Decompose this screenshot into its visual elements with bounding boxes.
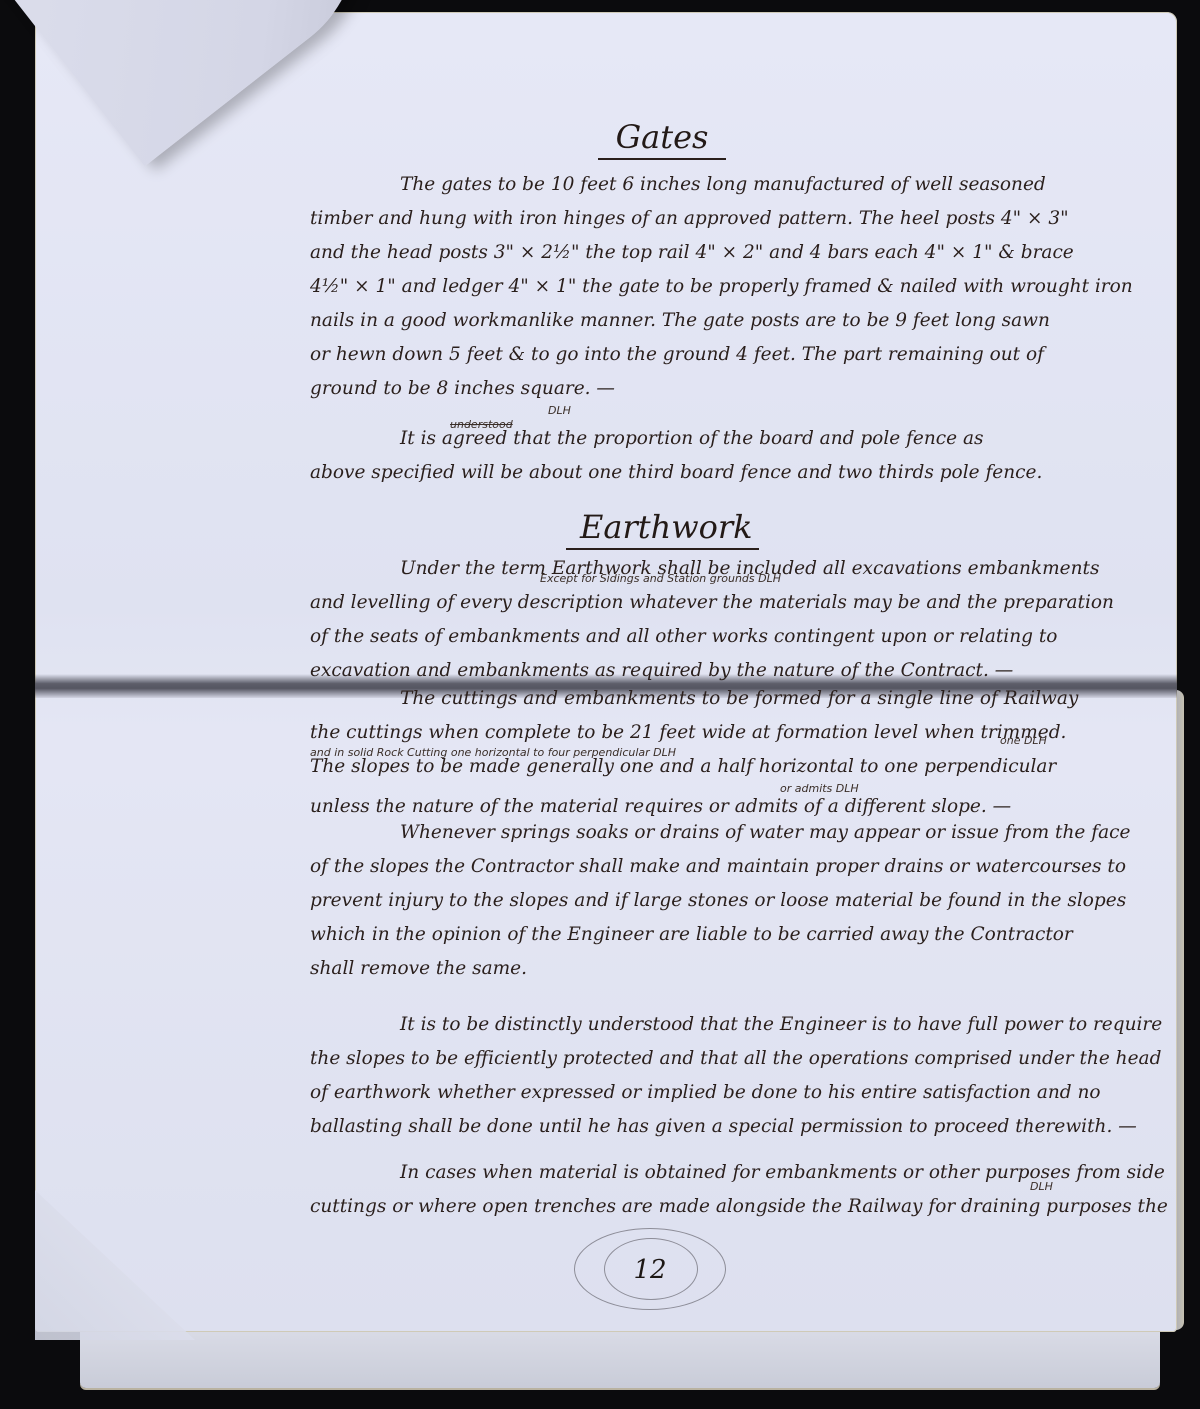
text-line: of the seats of embankments and all othe… [310, 620, 1170, 654]
interlinear-initials: DLH [548, 404, 571, 417]
text-line: ballasting shall be done until he has gi… [310, 1110, 1170, 1144]
earthwork-paragraph-4: It is to be distinctly understood that t… [310, 1008, 1170, 1144]
text-line: The cuttings and embankments to be forme… [310, 682, 1170, 716]
text-line: Whenever springs soaks or drains of wate… [310, 816, 1170, 850]
text-line: the slopes to be efficiently protected a… [310, 1042, 1170, 1076]
interlinear-insertion: and in solid Rock Cutting one horizontal… [310, 746, 676, 759]
gates-paragraph-1: The gates to be 10 feet 6 inches long ma… [310, 168, 1170, 406]
text-line: above specified will be about one third … [310, 456, 1170, 490]
page-number: 12 [625, 1255, 675, 1285]
section-heading-earthwork: Earthwork [566, 508, 759, 550]
marginal-note: DLH [1030, 1180, 1053, 1193]
underlying-pages-bottom [80, 1330, 1160, 1388]
marginal-note: or admits DLH [780, 782, 859, 795]
marginal-note: one DLH [1000, 734, 1047, 747]
text-line: prevent injury to the slopes and if larg… [310, 884, 1170, 918]
text-line: of earthwork whether expressed or implie… [310, 1076, 1170, 1110]
text-line: of the slopes the Contractor shall make … [310, 850, 1170, 884]
text-line: which in the opinion of the Engineer are… [310, 918, 1170, 952]
text-line: timber and hung with iron hinges of an a… [310, 202, 1170, 236]
text-line: It is to be distinctly understood that t… [310, 1008, 1170, 1042]
text-line: and levelling of every description whate… [310, 586, 1170, 620]
text-line: or hewn down 5 feet & to go into the gro… [310, 338, 1170, 372]
text-line: and the head posts 3" × 2½" the top rail… [310, 236, 1170, 270]
gates-paragraph-2: It is agreed that the proportion of the … [310, 422, 1170, 490]
text-line: The gates to be 10 feet 6 inches long ma… [310, 168, 1170, 202]
text-line: nails in a good workmanlike manner. The … [310, 304, 1170, 338]
text-line: shall remove the same. [310, 952, 1170, 986]
earthwork-paragraph-1: Under the term Earthwork shall be includ… [310, 552, 1170, 688]
text-line: 4½" × 1" and ledger 4" × 1" the gate to … [310, 270, 1170, 304]
earthwork-paragraph-3: Whenever springs soaks or drains of wate… [310, 816, 1170, 986]
text-line: ground to be 8 inches square. — [310, 372, 1170, 406]
section-heading-gates: Gates [598, 118, 726, 160]
text-line: cuttings or where open trenches are made… [310, 1190, 1170, 1224]
text-line: It is agreed that the proportion of the … [310, 422, 1170, 456]
text-line: Under the term Earthwork shall be includ… [310, 552, 1170, 586]
